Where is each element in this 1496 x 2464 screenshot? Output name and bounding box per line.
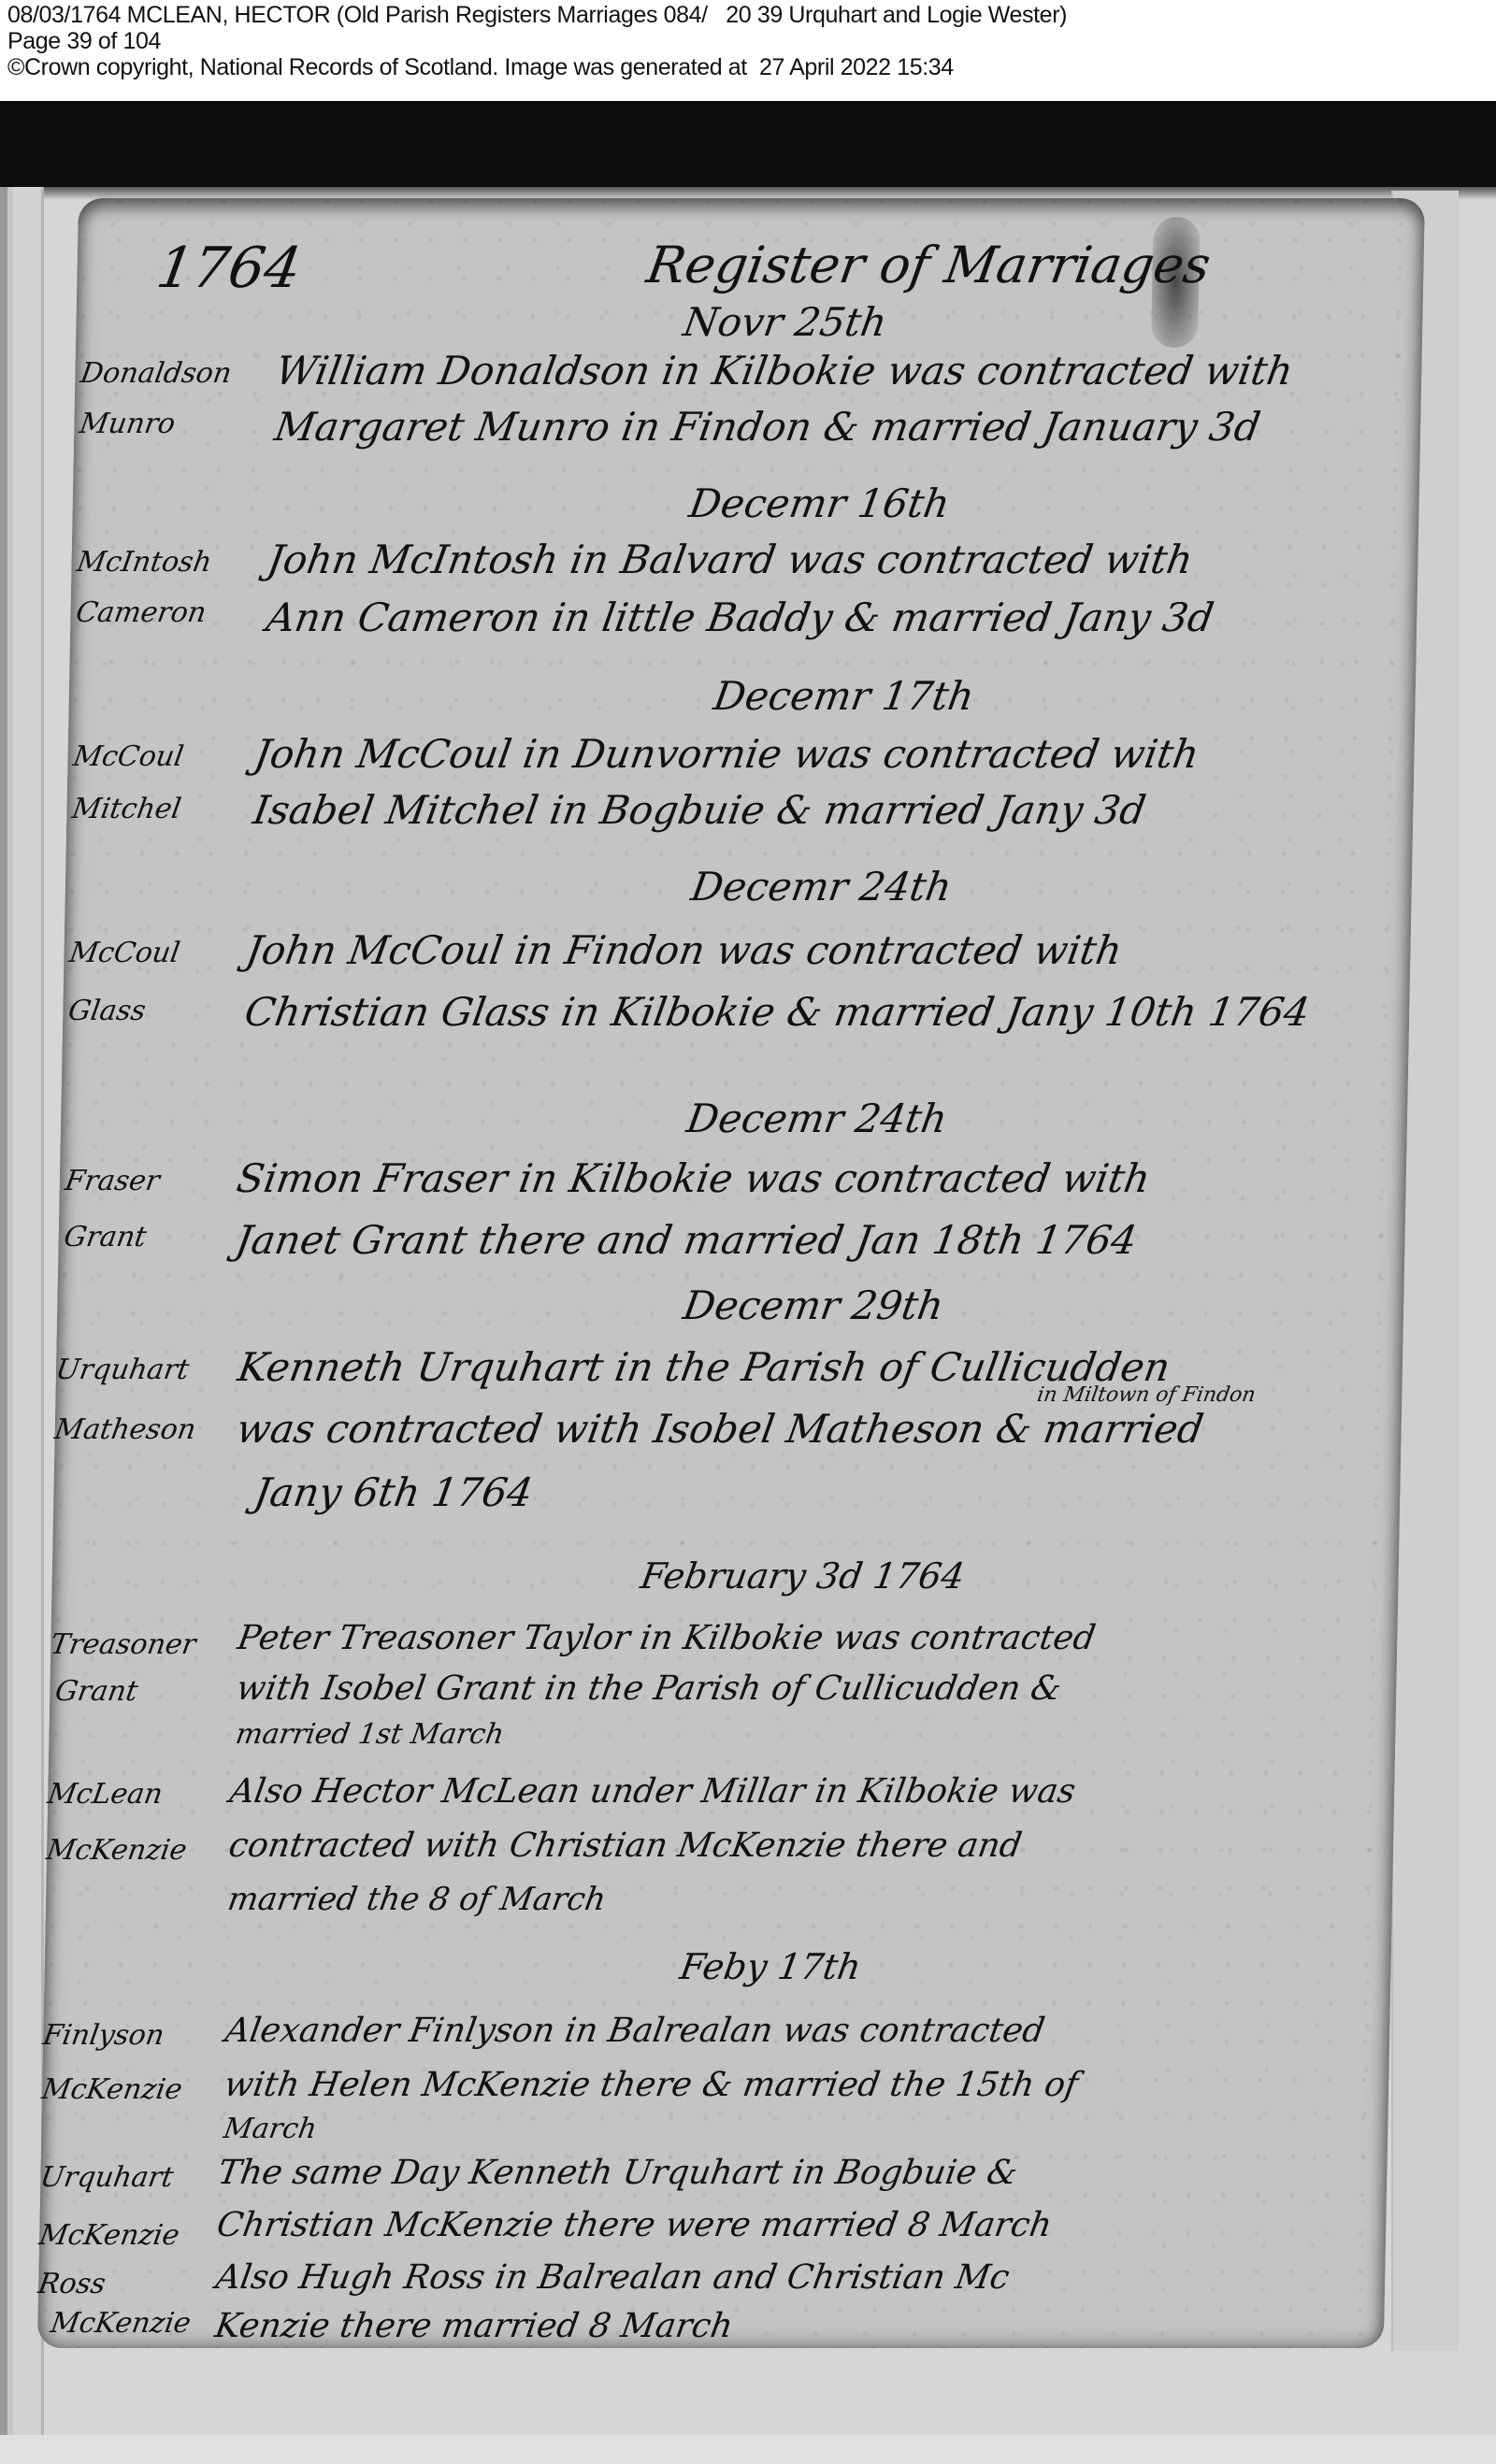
record-header: 08/03/1764 MCLEAN, HECTOR (Old Parish Re… [0,0,1496,101]
margin-surname: Munro [78,408,178,440]
entry-line: Margaret Munro in Findon & married Janua… [271,404,1263,450]
copyright-notice: ©Crown copyright, National Records of Sc… [7,54,954,80]
entry-line: John McCoul in Findon was contracted wit… [243,927,1126,973]
margin-surname: McKenzie [36,2219,181,2252]
manuscript-page: 1764 Register of Marriages Novr 25th Don… [37,198,1425,2348]
entry-date: February 3d 1764 [638,1555,967,1597]
entry-date: Decemr 16th [686,480,953,526]
margin-surname: McLean [45,1778,165,1811]
entry-line: John McCoul in Dunvornie was contracted … [252,731,1202,777]
scan-border [0,101,1496,187]
entry-line: with Helen McKenzie there & married the … [222,2066,1081,2104]
entry-line: married the 8 of March [225,1881,609,1918]
margin-surname: Mitchel [70,793,183,825]
binding-edge [0,187,7,2435]
entry-line: Also Hugh Ross in Balrealan and Christia… [213,2258,1012,2297]
entry-date: Decemr 24th [683,1096,950,1141]
entry-line: married 1st March [234,1718,507,1751]
entry-line: Isabel Mitchel in Bogbuie & married Jany… [251,787,1149,833]
entry-line: Ann Cameron in little Baddy & married Ja… [263,595,1216,640]
entry-line: Kenneth Urquhart in the Parish of Cullic… [235,1344,1173,1390]
entry-date: Feby 17th [677,1946,864,1987]
entry-line: contracted with Christian McKenzie there… [226,1827,1025,1865]
margin-surname: Urquhart [38,2161,176,2194]
binding-edge [13,187,44,2435]
margin-surname: Finlyson [40,2019,166,2052]
margin-surname: McKenzie [44,1834,189,1867]
margin-surname: Ross [36,2268,108,2300]
entry-line: Peter Treasoner Taylor in Kilbokie was c… [235,1619,1098,1657]
interlinear-note: in Miltown of Findon [1035,1383,1257,1407]
margin-surname: McKenzie [39,2073,184,2106]
entry-date: Decemr 24th [688,864,955,910]
entry-date: Novr 25th [681,299,890,345]
margin-surname: McKenzie [49,2307,194,2340]
margin-surname: Urquhart [53,1354,191,1386]
entry-line: with Isobel Grant in the Parish of Culli… [234,1669,1064,1708]
entry-line: The same Day Kenneth Urquhart in Bogbuie… [215,2154,1020,2192]
entry-line: John McIntosh in Balvard was contracted … [265,537,1196,582]
margin-surname: Grant [53,1675,140,1708]
register-scan: 1764 Register of Marriages Novr 25th Don… [0,101,1496,2435]
margin-surname: Treasoner [48,1628,197,1661]
margin-surname: Cameron [74,596,209,629]
margin-surname: Fraser [63,1165,162,1197]
entry-line: Also Hector McLean under Millar in Kilbo… [227,1772,1078,1811]
entry-date: Decemr 29th [680,1282,946,1328]
entry-date: Decemr 17th [711,673,977,719]
entry-line: was contracted with Isobel Matheson & ma… [234,1406,1207,1452]
entry-line: Simon Fraser in Kilbokie was contracted … [234,1155,1154,1201]
entry-line: Christian Glass in Kilbokie & married Ja… [241,989,1313,1035]
margin-surname: Glass [66,995,149,1027]
margin-surname: Grant [62,1221,149,1253]
entry-line: Christian McKenzie there were married 8 … [214,2206,1055,2244]
margin-surname: McCoul [71,740,186,773]
entry-line: Kenzie there married 8 March [212,2307,736,2345]
register-title: Register of Marriages [643,236,1215,294]
page-indicator: Page 39 of 104 [7,28,161,54]
year-mark: 1764 [152,236,306,301]
margin-surname: Matheson [52,1413,198,1446]
margin-surname: McIntosh [75,546,214,579]
margin-surname: Donaldson [79,357,234,390]
entry-line: Jany 6th 1764 [252,1469,537,1515]
record-title: 08/03/1764 MCLEAN, HECTOR (Old Parish Re… [7,2,1067,28]
entry-line: William Donaldson in Kilbokie was contra… [273,348,1297,394]
entry-line: Janet Grant there and married Jan 18th 1… [233,1217,1141,1263]
entry-line: March [222,2113,320,2145]
entry-line: Alexander Finlyson in Balrealan was cont… [223,2012,1047,2050]
margin-surname: McCoul [67,937,182,969]
